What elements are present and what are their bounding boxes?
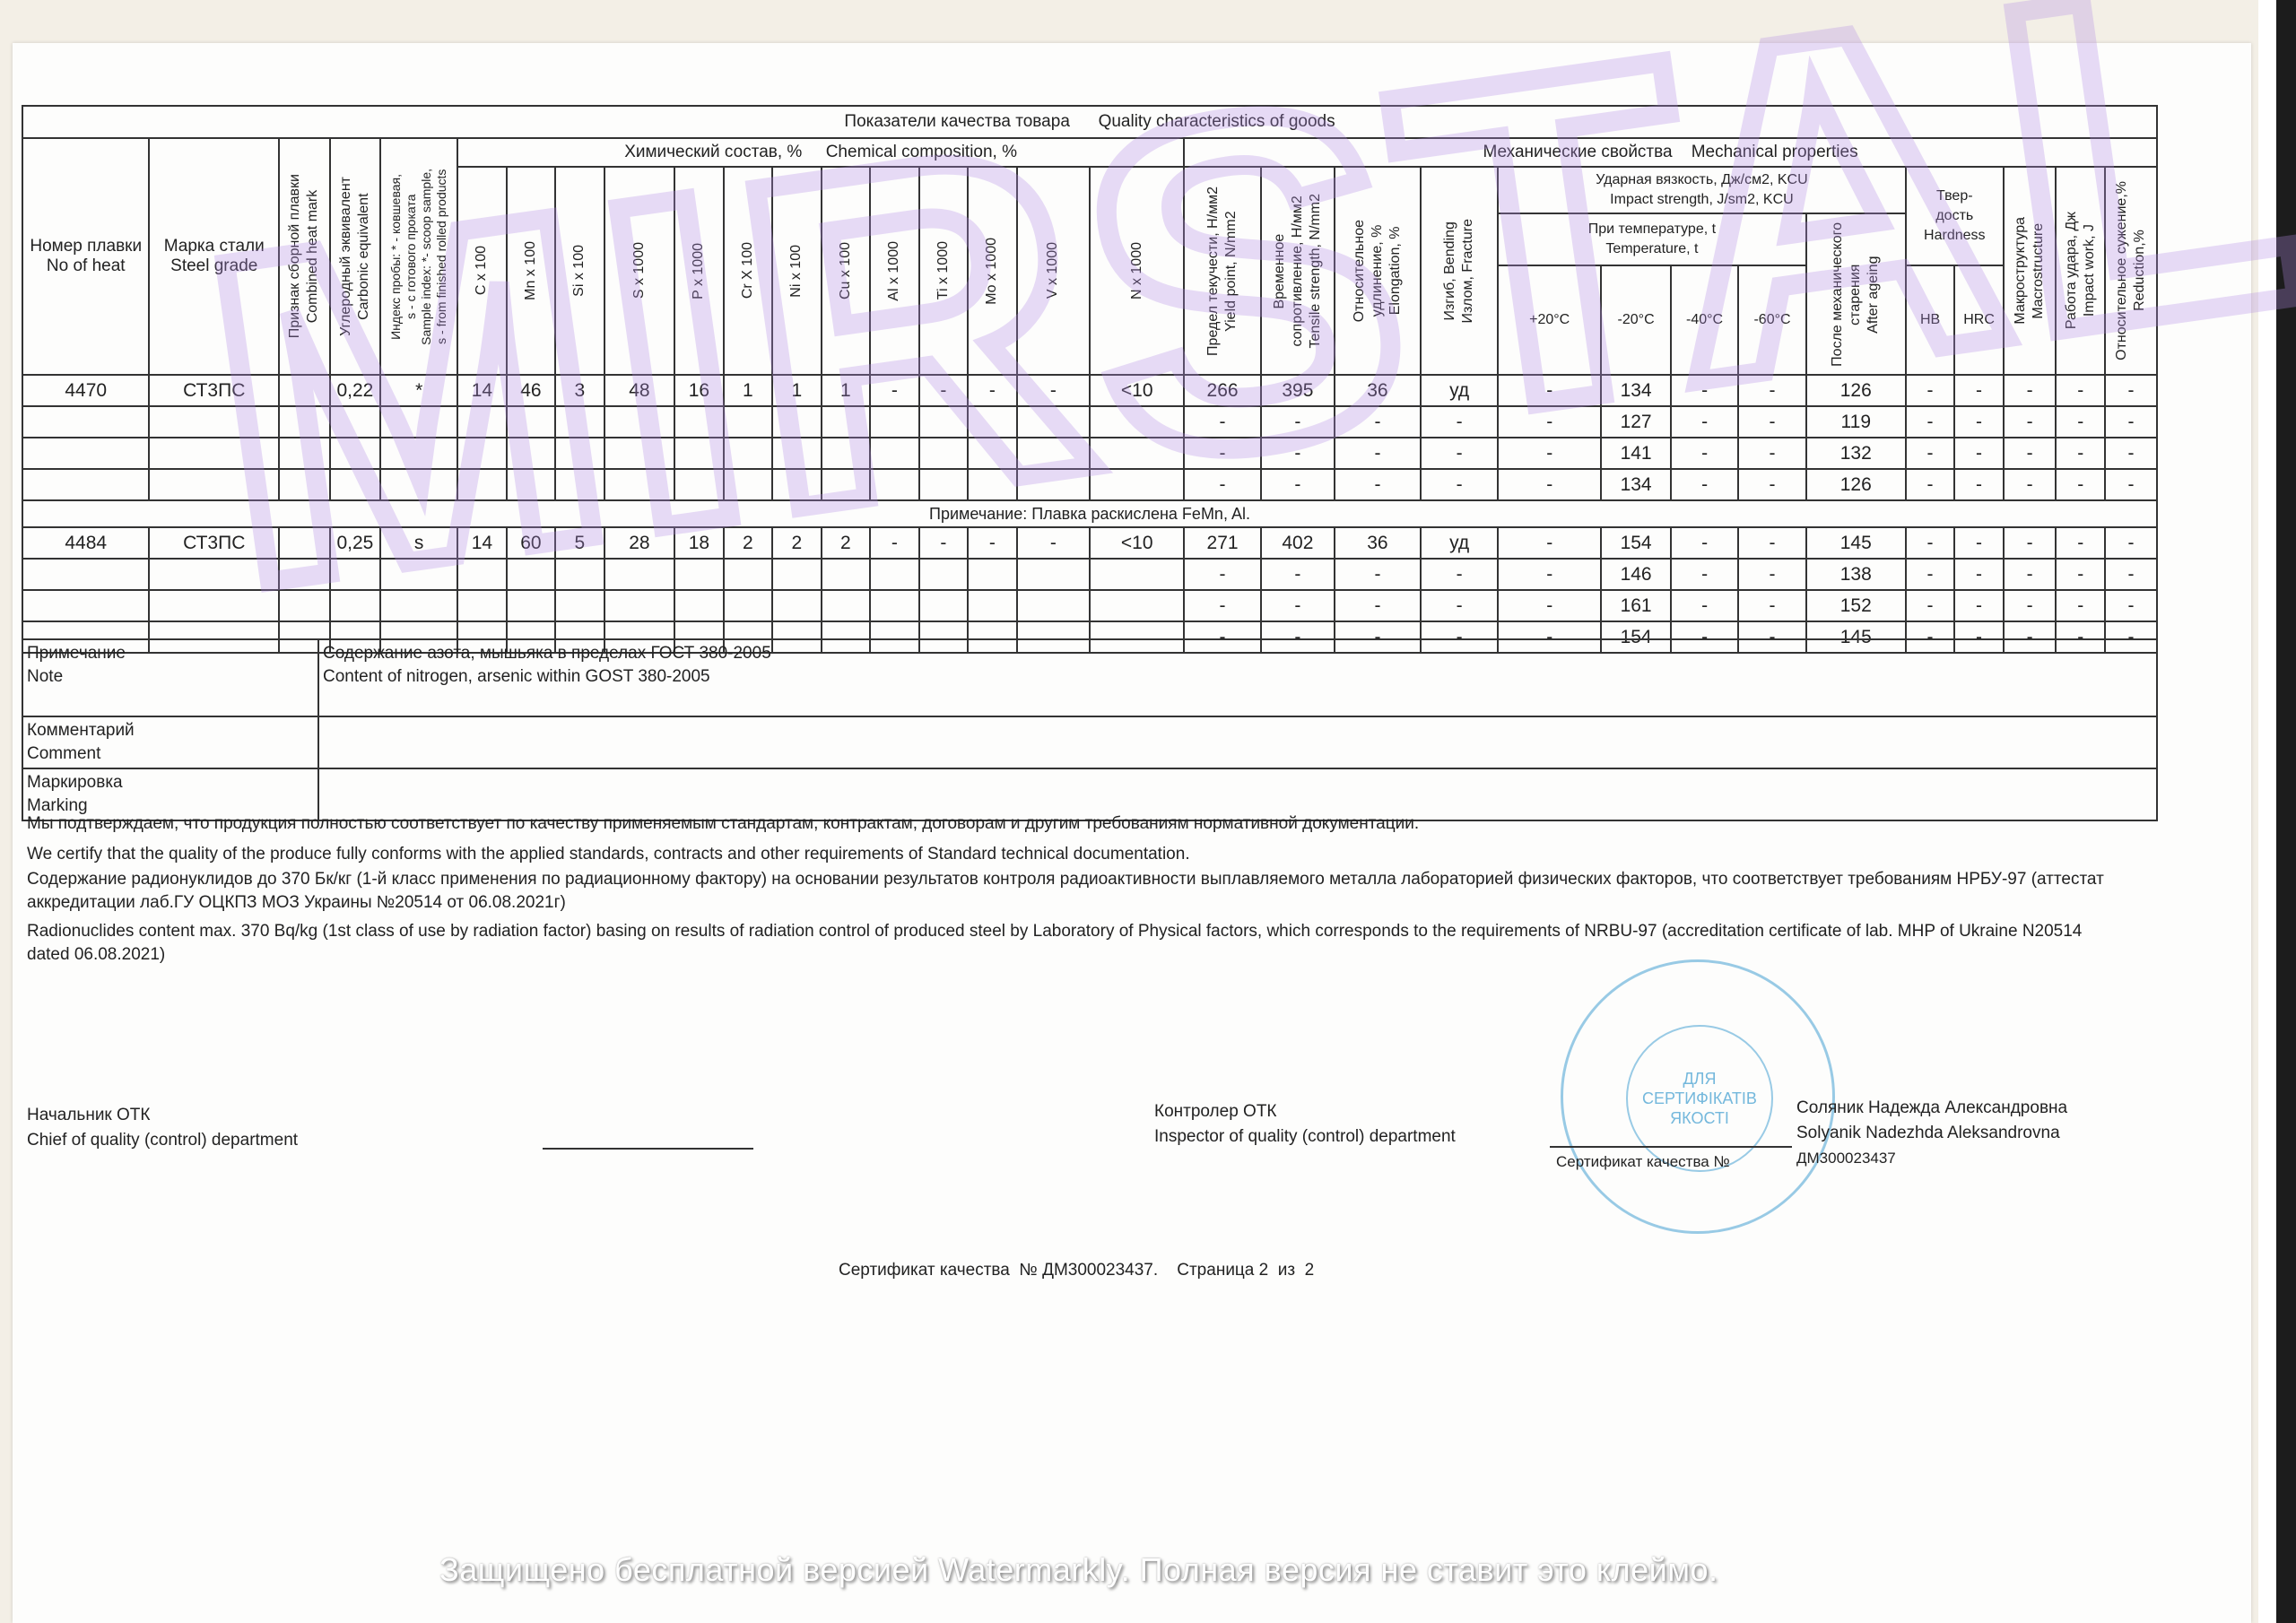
header-impact-work: Работа удара, Дж Impact work, J [2056,167,2104,375]
bending: - [1421,559,1498,590]
impact-m20: 141 [1601,438,1671,469]
empty-cell [919,559,968,590]
empty-cell [555,469,604,500]
empty-cell [149,559,279,590]
empty-cell [22,406,149,438]
empty-cell [674,590,723,621]
empty-cell [380,469,457,500]
header-hrc: HRC [1954,265,2003,375]
chem-value: - [1017,375,1091,406]
empty-cell [604,406,675,438]
header-chem-n: N x 1000 [1090,167,1184,375]
after-ageing: 126 [1806,375,1906,406]
yield: - [1184,406,1261,438]
macrostructure: - [2004,527,2057,559]
empty-cell [1090,469,1184,500]
header-sample-index: Индекс пробы: * - ковшевая, s - с готово… [380,138,457,375]
hrc: - [1954,559,2003,590]
header-chem-s: S x 1000 [604,167,675,375]
table-row: -----134--126----- [22,469,2157,500]
header-hb: HB [1906,265,1954,375]
empty-cell [507,469,555,500]
hrc: - [1954,406,2003,438]
hb: - [1906,527,1954,559]
group-chemical: Химический состав, % Chemical compositio… [457,138,1184,167]
tensile: - [1261,559,1335,590]
hb: - [1906,469,1954,500]
header-chem-al: Al x 1000 [870,167,918,375]
header-after-ageing: После механического старения After agein… [1806,213,1906,375]
header-chem-p: P x 1000 [674,167,723,375]
scan-edge [2258,0,2276,1623]
after-ageing: 132 [1806,438,1906,469]
chem-value: 1 [772,375,821,406]
combined-heat [279,527,330,559]
impact-work: - [2056,469,2104,500]
empty-cell [330,406,381,438]
chief-signature-line [543,1148,753,1150]
empty-cell [555,559,604,590]
chem-value: - [1017,527,1091,559]
chem-value: - [870,527,918,559]
empty-cell [380,438,457,469]
table-title: Показатели качества товара Quality chara… [22,106,2157,138]
empty-cell [870,590,918,621]
heat-note-row: Примечание: Плавка раскислена FeMn, Al. [22,500,2157,527]
table-row: 4484СТ3ПС0,25s146052818222----<102714023… [22,527,2157,559]
certify-en: We certify that the quality of the produ… [27,843,2126,866]
empty-cell [674,438,723,469]
table-row: -----161--152----- [22,590,2157,621]
impact-m20: 127 [1601,406,1671,438]
bending: - [1421,590,1498,621]
group-temperature: При температуре, t Temperature, t [1498,213,1806,265]
radionuclides-ru: Содержание радионуклидов до 370 Бк/кг (1… [27,868,2126,915]
empty-cell [1090,438,1184,469]
empty-cell [919,438,968,469]
elongation: - [1335,559,1421,590]
header-temp-m20: -20°C [1601,265,1671,375]
elongation: 36 [1335,375,1421,406]
steel-grade: СТ3ПС [149,375,279,406]
empty-cell [507,406,555,438]
empty-cell [380,559,457,590]
empty-cell [279,438,330,469]
macrostructure: - [2004,375,2057,406]
header-chem-si: Si x 100 [555,167,604,375]
empty-cell [507,559,555,590]
chem-value: <10 [1090,527,1184,559]
empty-cell [772,469,821,500]
certify-ru: Мы подтверждаем, что продукция полностью… [27,812,2126,836]
bending: - [1421,438,1498,469]
bending: - [1421,469,1498,500]
empty-cell [457,469,506,500]
header-temp-p20: +20°C [1498,265,1601,375]
empty-cell [822,406,870,438]
header-chem-cr: Cr X 100 [724,167,772,375]
elongation: 36 [1335,527,1421,559]
empty-cell [870,559,918,590]
group-impact: Ударная вязкость, Дж/см2, KCU Impact str… [1498,167,1906,213]
empty-cell [604,590,675,621]
empty-cell [919,406,968,438]
chem-value: 14 [457,527,506,559]
reduction: - [2105,406,2157,438]
empty-cell [822,438,870,469]
combined-heat [279,375,330,406]
steel-grade: СТ3ПС [149,527,279,559]
empty-cell [870,406,918,438]
empty-cell [822,559,870,590]
empty-cell [870,438,918,469]
header-yield: Предел текучести, Н/мм2 Yield point, N/m… [1184,167,1261,375]
tensile: - [1261,406,1335,438]
empty-cell [968,590,1016,621]
header-steel-grade: Марка стали Steel grade [149,138,279,375]
impact-work: - [2056,559,2104,590]
hrc: - [1954,590,2003,621]
impact-m60: - [1738,469,1805,500]
empty-cell [22,559,149,590]
tensile: 395 [1261,375,1335,406]
header-heat-no: Номер плавки No of heat [22,138,149,375]
chem-value: 1 [724,375,772,406]
chem-value: 48 [604,375,675,406]
quality-table: Показатели качества товара Quality chara… [22,105,2158,654]
hrc: - [1954,469,2003,500]
yield: 266 [1184,375,1261,406]
empty-cell [1090,406,1184,438]
sample-index: s [380,527,457,559]
empty-cell [822,469,870,500]
chem-value: 1 [822,375,870,406]
impact-m60: - [1738,559,1805,590]
impact-work: - [2056,527,2104,559]
yield: - [1184,438,1261,469]
empty-cell [968,406,1016,438]
empty-cell [1017,406,1091,438]
impact-p20: - [1498,406,1601,438]
heat-note: Примечание: Плавка раскислена FeMn, Al. [22,500,2157,527]
reduction: - [2105,527,2157,559]
empty-cell [1017,469,1091,500]
chem-value: 5 [555,527,604,559]
header-chem-mn: Mn x 100 [507,167,555,375]
empty-cell [674,469,723,500]
header-temp-m40: -40°C [1671,265,1738,375]
reduction: - [2105,375,2157,406]
macrostructure: - [2004,590,2057,621]
inspector-signature-line [1550,1146,1792,1148]
empty-cell [507,438,555,469]
empty-cell [457,406,506,438]
header-bending: Изгиб, Bending Излом, Fracture [1421,167,1498,375]
group-mechanical: Механические свойства Mechanical propert… [1184,138,2157,167]
header-macro: Макроструктура Macrostructure [2004,167,2057,375]
chem-value: - [870,375,918,406]
chem-value: - [919,375,968,406]
bending: - [1421,406,1498,438]
reduction: - [2105,590,2157,621]
header-chem-ti: Ti x 1000 [919,167,968,375]
yield: - [1184,590,1261,621]
empty-cell [380,590,457,621]
impact-m20: 146 [1601,559,1671,590]
impact-work: - [2056,406,2104,438]
empty-cell [1090,590,1184,621]
header-tensile: Временное сопротивление, Н/мм2 Tensile s… [1261,167,1335,375]
empty-cell [724,469,772,500]
reduction: - [2105,469,2157,500]
impact-m60: - [1738,527,1805,559]
empty-cell [772,438,821,469]
impact-work: - [2056,590,2104,621]
empty-cell [330,469,381,500]
comment-text [318,716,2157,768]
hrc: - [1954,375,2003,406]
impact-m40: - [1671,559,1738,590]
empty-cell [604,438,675,469]
empty-cell [968,559,1016,590]
empty-cell [1017,590,1091,621]
impact-p20: - [1498,375,1601,406]
header-temp-m60: -60°C [1738,265,1805,375]
empty-cell [149,406,279,438]
comment-label: Комментарий Comment [22,716,318,768]
elongation: - [1335,469,1421,500]
radionuclides-en: Radionuclides content max. 370 Bq/kg (1s… [27,920,2126,967]
macrostructure: - [2004,469,2057,500]
impact-p20: - [1498,438,1601,469]
impact-m20: 134 [1601,375,1671,406]
yield: - [1184,559,1261,590]
elongation: - [1335,438,1421,469]
stamp: ДЛЯ СЕРТИФІКАТІВ ЯКОСТІ [1561,959,1835,1234]
chem-value: - [968,375,1016,406]
empty-cell [919,590,968,621]
hb: - [1906,559,1954,590]
header-reduction: Относительное сужение,% Reduction,% [2105,167,2157,375]
header-carbonic-eq: Углеродный эквивалент Carbonic equivalen… [330,138,381,375]
table-row: -----127--119----- [22,406,2157,438]
macrostructure: - [2004,559,2057,590]
header-chem-mo: Mo x 1000 [968,167,1016,375]
chem-value: <10 [1090,375,1184,406]
chem-value: 3 [555,375,604,406]
chem-value: - [968,527,1016,559]
note-text: Содержание азота, мышьяка в пределах ГОС… [318,639,2157,716]
inspector-label: Контролер ОТКInspector of quality (contr… [1154,1099,1456,1150]
reduction: - [2105,438,2157,469]
empty-cell [457,438,506,469]
impact-m40: - [1671,469,1738,500]
header-combined-heat: Признак сборной плавки Combined heat mar… [279,138,330,375]
reduction: - [2105,559,2157,590]
empty-cell [22,590,149,621]
after-ageing: 138 [1806,559,1906,590]
yield: - [1184,469,1261,500]
empty-cell [772,590,821,621]
after-ageing: 119 [1806,406,1906,438]
impact-m40: - [1671,590,1738,621]
empty-cell [870,469,918,500]
empty-cell [457,559,506,590]
hb: - [1906,406,1954,438]
tensile: - [1261,469,1335,500]
heat-no: 4484 [22,527,149,559]
cert-label: Сертификат качества № [1556,1150,1730,1175]
hb: - [1906,375,1954,406]
impact-p20: - [1498,559,1601,590]
empty-cell [724,438,772,469]
empty-cell [149,438,279,469]
empty-cell [279,559,330,590]
empty-cell [772,559,821,590]
bending: уд [1421,375,1498,406]
empty-cell [1090,559,1184,590]
empty-cell [1017,438,1091,469]
macrostructure: - [2004,406,2057,438]
empty-cell [279,469,330,500]
header-chem-c: C x 100 [457,167,506,375]
empty-cell [149,469,279,500]
chem-value: 2 [822,527,870,559]
empty-cell [968,438,1016,469]
chem-value: 46 [507,375,555,406]
elongation: - [1335,590,1421,621]
empty-cell [555,406,604,438]
header-chem-cu: Cu x 100 [822,167,870,375]
after-ageing: 126 [1806,469,1906,500]
impact-p20: - [1498,527,1601,559]
note-label: Примечание Note [22,639,318,716]
carbonic-eq: 0,22 [330,375,381,406]
tensile: - [1261,590,1335,621]
hb: - [1906,590,1954,621]
empty-cell [674,559,723,590]
header-elongation: Относительное удлинение, % Elongation, % [1335,167,1421,375]
header-chem-v: V x 1000 [1017,167,1091,375]
empty-cell [772,406,821,438]
empty-cell [724,590,772,621]
empty-cell [22,469,149,500]
empty-cell [604,469,675,500]
empty-cell [968,469,1016,500]
group-hardness: Твер- дость Hardness [1906,167,2004,265]
after-ageing: 152 [1806,590,1906,621]
empty-cell [674,406,723,438]
empty-cell [555,438,604,469]
empty-cell [330,438,381,469]
notes-table: Примечание Note Содержание азота, мышьяк… [22,638,2158,821]
elongation: - [1335,406,1421,438]
tensile: 402 [1261,527,1335,559]
header-chem-ni: Ni x 100 [772,167,821,375]
chief-label: Начальник ОТКChief of quality (control) … [27,1103,298,1153]
impact-m20: 134 [1601,469,1671,500]
bending: уд [1421,527,1498,559]
empty-cell [507,590,555,621]
impact-m60: - [1738,590,1805,621]
empty-cell [555,590,604,621]
table-row: -----141--132----- [22,438,2157,469]
empty-cell [1017,559,1091,590]
impact-m20: 154 [1601,527,1671,559]
empty-cell [330,590,381,621]
table-row: -----146--138----- [22,559,2157,590]
chem-value: 60 [507,527,555,559]
chem-value: 14 [457,375,506,406]
hb: - [1906,438,1954,469]
impact-m40: - [1671,527,1738,559]
scan-border [2276,0,2296,1623]
empty-cell [724,559,772,590]
chem-value: 2 [724,527,772,559]
empty-cell [457,590,506,621]
empty-cell [279,406,330,438]
chem-value: - [919,527,968,559]
sample-index: * [380,375,457,406]
impact-m60: - [1738,375,1805,406]
inspector-name: Соляник Надежда АлександровнаSolyanik Na… [1796,1096,2067,1171]
impact-m40: - [1671,406,1738,438]
impact-work: - [2056,438,2104,469]
empty-cell [724,406,772,438]
hrc: - [1954,527,2003,559]
impact-m40: - [1671,438,1738,469]
empty-cell [604,559,675,590]
impact-m40: - [1671,375,1738,406]
empty-cell [919,469,968,500]
hrc: - [1954,438,2003,469]
after-ageing: 145 [1806,527,1906,559]
empty-cell [330,559,381,590]
empty-cell [822,590,870,621]
yield: 271 [1184,527,1261,559]
heat-no: 4470 [22,375,149,406]
impact-m20: 161 [1601,590,1671,621]
carbonic-eq: 0,25 [330,527,381,559]
macrostructure: - [2004,438,2057,469]
chem-value: 18 [674,527,723,559]
empty-cell [149,590,279,621]
table-row: 4470СТ3ПС0,22*144634816111----<102663953… [22,375,2157,406]
watermark-text: Защищено бесплатной версией Watermarkly.… [439,1551,1718,1589]
impact-m60: - [1738,438,1805,469]
impact-m60: - [1738,406,1805,438]
chem-value: 2 [772,527,821,559]
chem-value: 28 [604,527,675,559]
page-footer: Сертификат качества № ДМ300023437. Стран… [839,1261,1314,1280]
empty-cell [380,406,457,438]
impact-p20: - [1498,590,1601,621]
impact-work: - [2056,375,2104,406]
empty-cell [279,590,330,621]
chem-value: 16 [674,375,723,406]
empty-cell [22,438,149,469]
impact-p20: - [1498,469,1601,500]
tensile: - [1261,438,1335,469]
